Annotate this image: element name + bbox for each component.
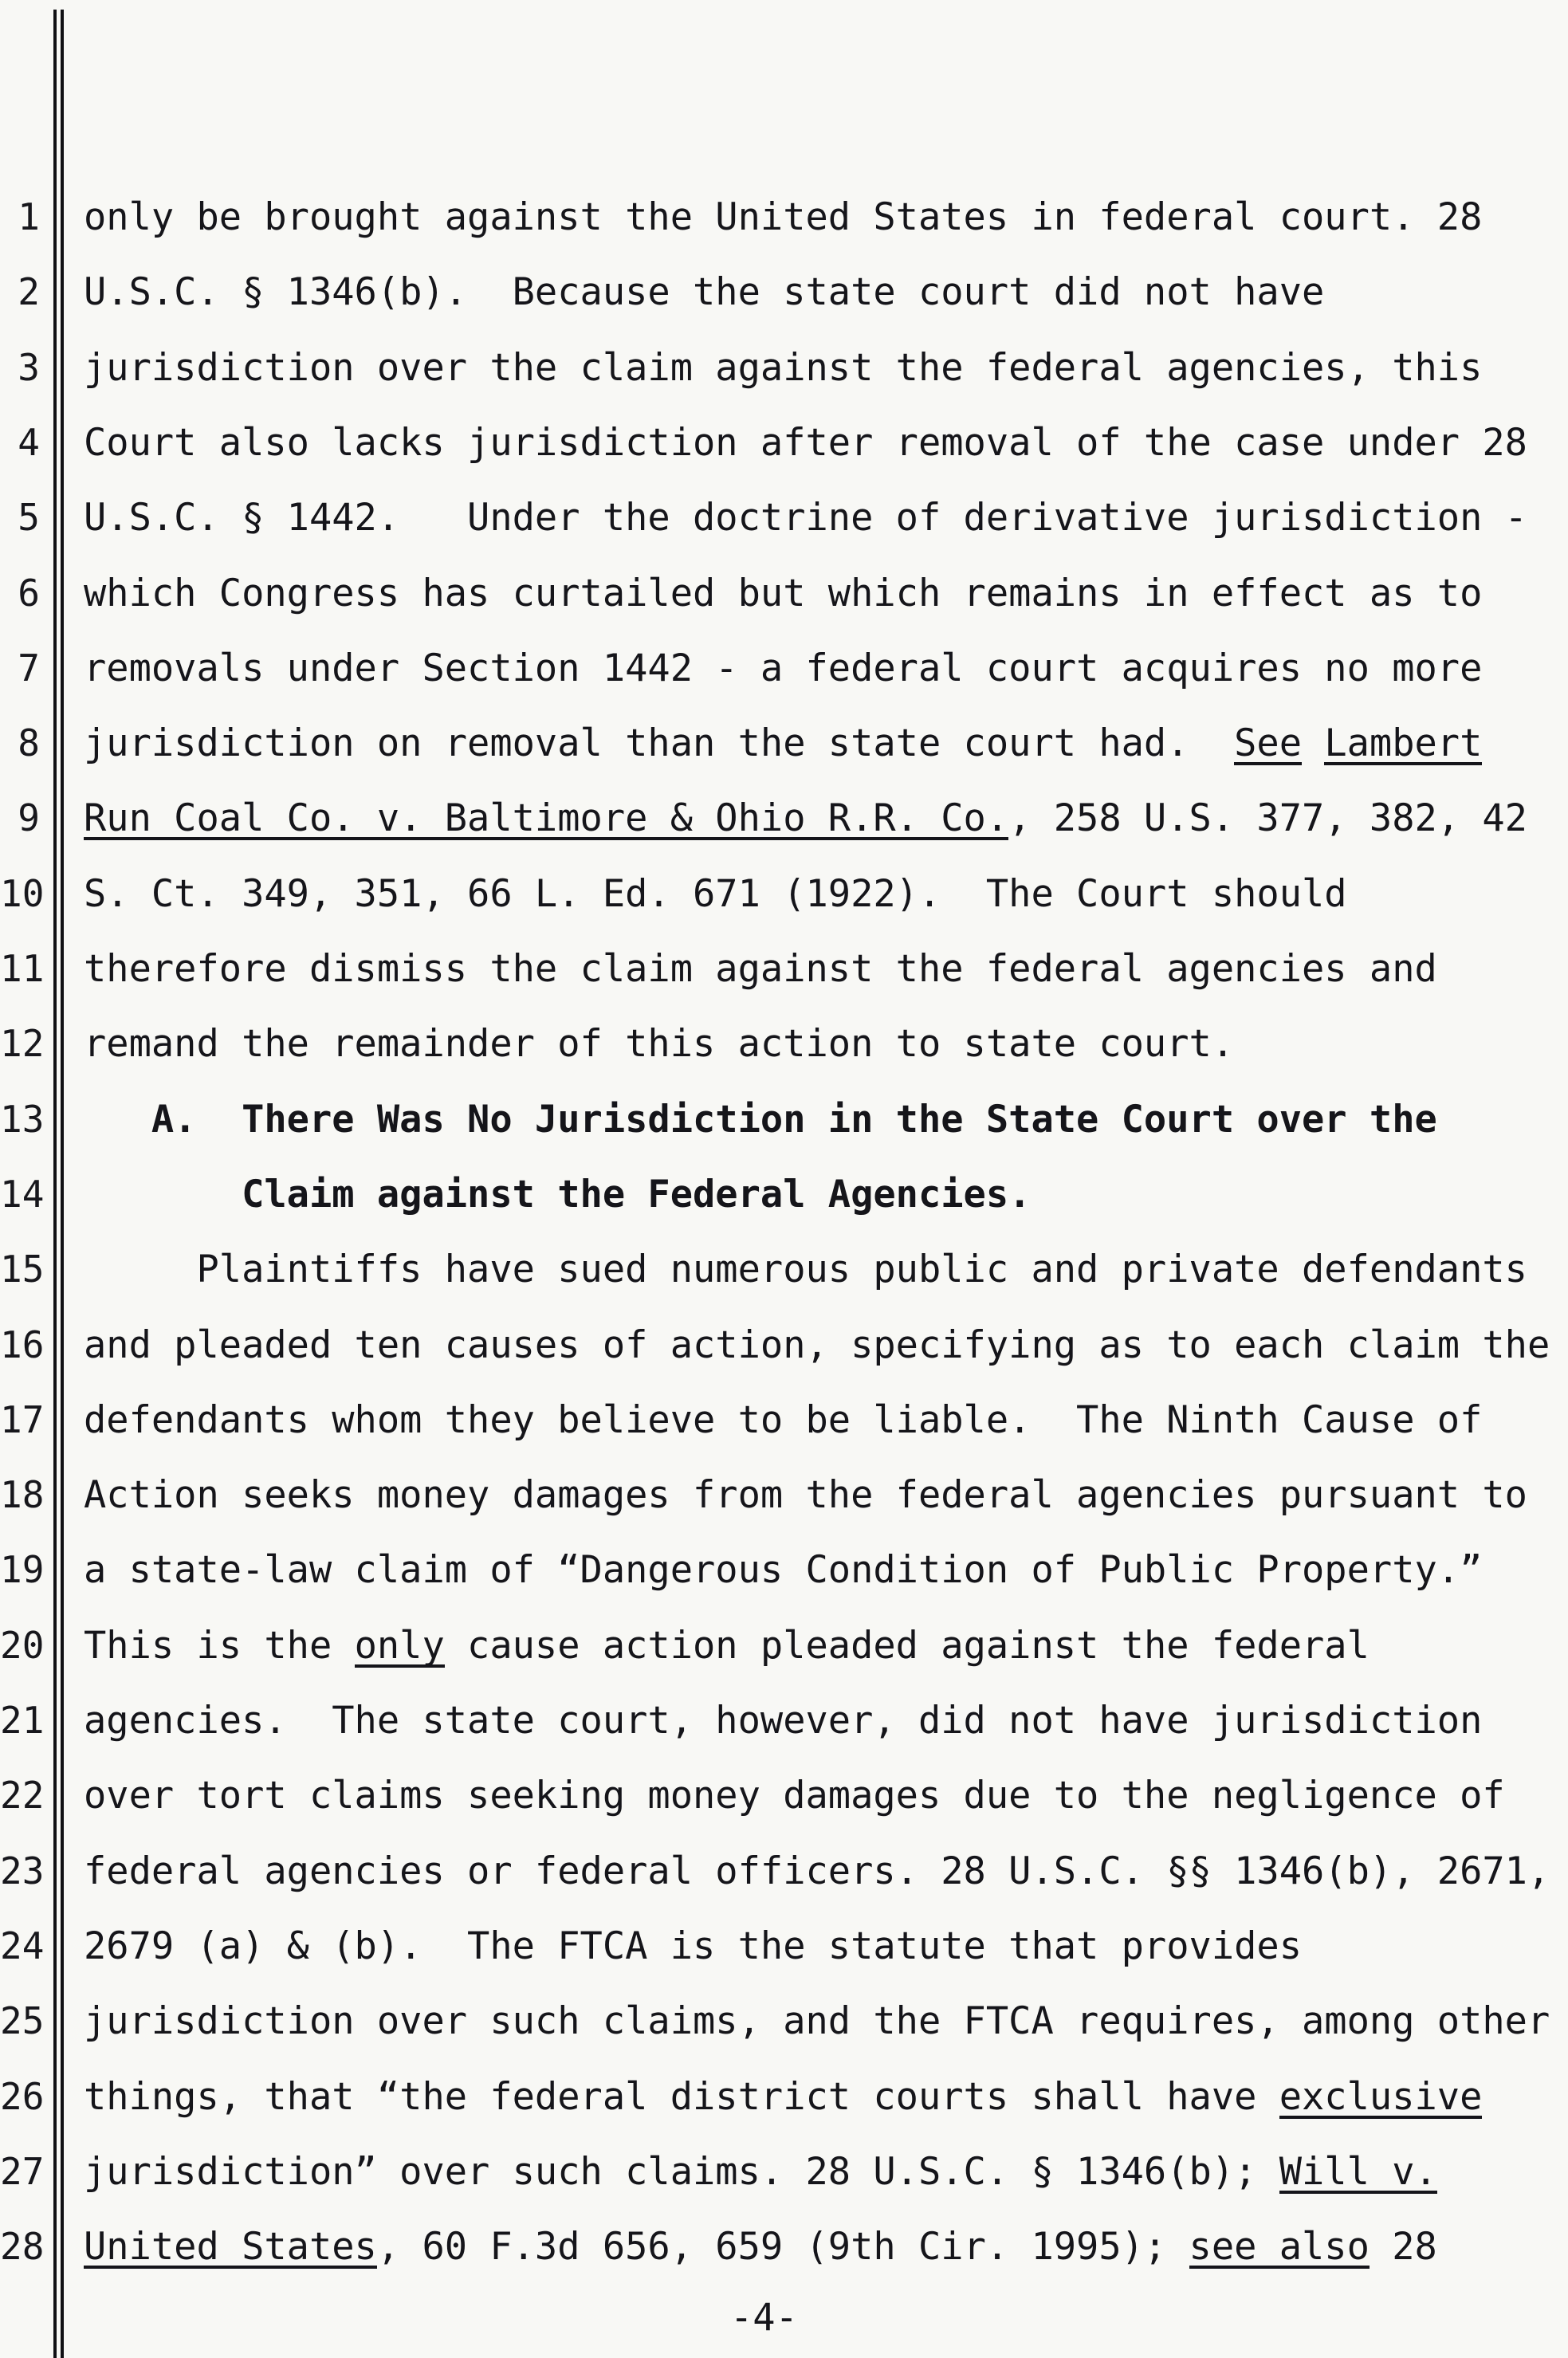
line-number: 20 [0,1627,40,1664]
text-segment: This is the [84,1624,355,1668]
text-line: a state-law claim of “Dangerous Conditio… [84,1551,1482,1589]
line-number: 25 [0,2002,40,2040]
text-segment: U.S.C. § 1346(b). Because the state cour… [84,270,1324,314]
text-line: jurisdiction over such claims, and the F… [84,2002,1550,2040]
text-line: U.S.C. § 1442. Under the doctrine of der… [84,499,1527,536]
text-segment: which Congress has curtailed but which r… [84,572,1482,615]
line-number: 21 [0,1702,40,1739]
text-line: U.S.C. § 1346(b). Because the state cour… [84,273,1324,311]
line-number: 27 [0,2153,40,2191]
text-segment: over tort claims seeking money damages d… [84,1774,1505,1818]
text-line: Claim against the Federal Agencies. [84,1176,1031,1213]
text-line: United States, 60 F.3d 656, 659 (9th Cir… [84,2228,1437,2269]
line-number: 11 [0,950,40,988]
text-line: therefore dismiss the claim against the … [84,950,1437,988]
underlined-text: Lambert [1324,725,1482,765]
line-number: 28 [0,2228,40,2266]
line-number: 17 [0,1401,40,1439]
text-line: only be brought against the United State… [84,198,1482,236]
left-double-rule-outer [53,10,57,2358]
text-line: over tort claims seeking money damages d… [84,1777,1505,1814]
line-number: 13 [0,1101,40,1138]
text-segment: Plaintiffs have sued numerous public and… [84,1248,1527,1291]
line-number: 10 [0,875,40,913]
text-line: A. There Was No Jurisdiction in the Stat… [84,1101,1437,1138]
text-segment: 2679 (a) & (b). The FTCA is the statute … [84,1924,1302,1968]
text-segment: and pleaded ten causes of action, specif… [84,1323,1550,1367]
page-number: -4- [730,2299,798,2336]
text-segment: cause action pleaded against the federal [445,1624,1370,1668]
line-number: 4 [0,424,40,462]
line-number: 6 [0,575,40,612]
text-segment: a state-law claim of “Dangerous Conditio… [84,1548,1482,1592]
text-segment: Claim against the Federal Agencies. [84,1173,1031,1216]
text-line: Run Coal Co. v. Baltimore & Ohio R.R. Co… [84,800,1527,840]
text-line: jurisdiction over the claim against the … [84,349,1482,387]
text-segment: therefore dismiss the claim against the … [84,947,1437,991]
underlined-text: United States [84,2228,377,2269]
text-segment: jurisdiction on removal than the state c… [84,721,1234,765]
text-segment: things, that “the federal district court… [84,2075,1279,2119]
text-segment: jurisdiction over the claim against the … [84,346,1482,390]
line-number: 16 [0,1326,40,1364]
text-segment: jurisdiction” over such claims. 28 U.S.C… [84,2150,1279,2194]
text-segment: Action seeks money damages from the fede… [84,1473,1527,1517]
line-number: 3 [0,349,40,387]
line-number: 12 [0,1025,40,1063]
text-line: which Congress has curtailed but which r… [84,575,1482,612]
underlined-text: See [1234,725,1302,765]
text-line: agencies. The state court, however, did … [84,1702,1482,1739]
line-number: 1 [0,198,40,236]
text-segment: A. There Was No Jurisdiction in the Stat… [84,1098,1437,1142]
text-segment: removals under Section 1442 - a federal … [84,646,1482,690]
line-number: 15 [0,1251,40,1288]
text-segment: , 258 U.S. 377, 382, 42 [1008,796,1527,840]
text-segment: S. Ct. 349, 351, 66 L. Ed. 671 (1922). T… [84,872,1347,916]
line-number: 24 [0,1928,40,1965]
text-line: federal agencies or federal officers. 28… [84,1853,1550,1890]
line-number: 22 [0,1777,40,1814]
text-segment: 28 [1370,2225,1437,2269]
text-line: jurisdiction on removal than the state c… [84,725,1482,765]
underlined-text: Run Coal Co. v. Baltimore & Ohio R.R. Co… [84,800,1008,840]
text-segment: jurisdiction over such claims, and the F… [84,1999,1550,2043]
text-segment: only be brought against the United State… [84,195,1482,239]
line-number: 8 [0,725,40,762]
text-line: defendants whom they believe to be liabl… [84,1401,1482,1439]
underlined-text: see also [1189,2228,1370,2269]
underlined-text: exclusive [1279,2078,1483,2119]
document-page: 1234567891011121314151617181920212223242… [0,0,1568,2358]
line-number: 14 [0,1176,40,1213]
line-number: 23 [0,1853,40,1890]
text-segment [1302,721,1324,765]
left-double-rule-inner [61,10,64,2358]
text-segment: U.S.C. § 1442. Under the doctrine of der… [84,496,1527,540]
line-number: 18 [0,1476,40,1514]
text-line: Plaintiffs have sued numerous public and… [84,1251,1527,1288]
line-number: 19 [0,1551,40,1589]
underlined-text: Will v. [1279,2153,1437,2194]
text-segment: federal agencies or federal officers. 28… [84,1849,1550,1893]
line-number: 2 [0,273,40,311]
line-number: 9 [0,800,40,837]
text-line: things, that “the federal district court… [84,2078,1482,2119]
text-line: This is the only cause action pleaded ag… [84,1627,1370,1668]
text-segment: remand the remainder of this action to s… [84,1022,1234,1066]
text-line: S. Ct. 349, 351, 66 L. Ed. 671 (1922). T… [84,875,1347,913]
text-line: removals under Section 1442 - a federal … [84,650,1482,687]
line-number: 26 [0,2078,40,2116]
text-segment: , 60 F.3d 656, 659 (9th Cir. 1995); [377,2225,1189,2269]
line-number: 5 [0,499,40,536]
underlined-text: only [355,1627,445,1668]
text-line: jurisdiction” over such claims. 28 U.S.C… [84,2153,1437,2194]
text-segment: defendants whom they believe to be liabl… [84,1398,1482,1442]
text-line: Action seeks money damages from the fede… [84,1476,1527,1514]
line-number: 7 [0,650,40,687]
text-line: 2679 (a) & (b). The FTCA is the statute … [84,1928,1302,1965]
text-line: and pleaded ten causes of action, specif… [84,1326,1550,1364]
text-line: remand the remainder of this action to s… [84,1025,1234,1063]
text-segment: Court also lacks jurisdiction after remo… [84,421,1527,465]
text-segment: agencies. The state court, however, did … [84,1699,1482,1743]
text-line: Court also lacks jurisdiction after remo… [84,424,1527,462]
